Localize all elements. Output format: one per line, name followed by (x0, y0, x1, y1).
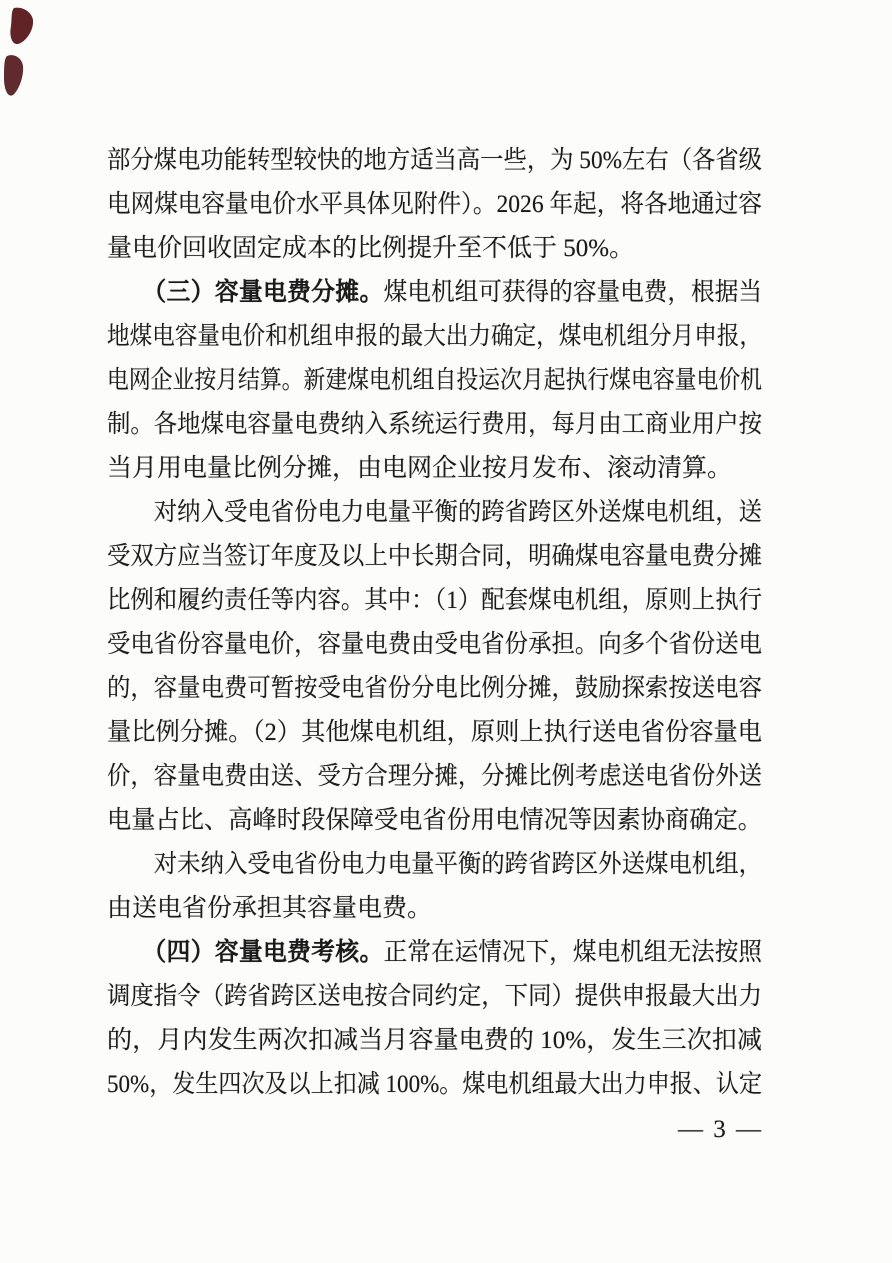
text-line: 当月用电量比例分摊，由电网企业按月发布、滚动清算。 (107, 447, 762, 491)
text-line: 的，容量电费可暂按受电省份分电比例分摊，鼓励探索按送电容 (107, 667, 762, 711)
document-body: 部分煤电功能转型较快的地方适当高一些，为 50%左右（各省级电网煤电容量电价水平… (107, 139, 762, 1107)
text-line: 由送电省份承担其容量电费。 (107, 887, 762, 931)
text-line: 价，容量电费由送、受方合理分摊，分摊比例考虑送电省份外送 (107, 755, 762, 799)
text-line: 量比例分摊。（2）其他煤电机组，原则上执行送电省份容量电 (107, 711, 762, 755)
text-line: 的，月内发生两次扣减当月容量电费的 10%，发生三次扣减 (107, 1019, 762, 1063)
text-line: 50%，发生四次及以上扣减 100%。煤电机组最大出力申报、认定 (107, 1063, 762, 1107)
text-line: 调度指令（跨省跨区送电按合同约定，下同）提供申报最大出力 (107, 975, 762, 1019)
page-number: — 3 — (107, 1108, 763, 1152)
document-page: 部分煤电功能转型较快的地方适当高一些，为 50%左右（各省级电网煤电容量电价水平… (0, 0, 892, 1263)
text-line: 地煤电容量电价和机组申报的最大出力确定，煤电机组分月申报， (107, 315, 762, 359)
text-line: 电量占比、高峰时段保障受电省份用电情况等因素协商确定。 (107, 799, 762, 843)
text-line: 部分煤电功能转型较快的地方适当高一些，为 50%左右（各省级 (107, 139, 762, 183)
text-line: 受电省份容量电价，容量电费由受电省份承担。向多个省份送电 (107, 623, 762, 667)
text-line: 电网企业按月结算。新建煤电机组自投运次月起执行煤电容量电价机 (107, 359, 762, 403)
text-line: 电网煤电容量电价水平具体见附件）。2026 年起，将各地通过容 (107, 183, 762, 227)
text-line: 量电价回收固定成本的比例提升至不低于 50%。 (107, 227, 762, 271)
text-line: 制。各地煤电容量电费纳入系统运行费用，每月由工商业用户按 (107, 403, 762, 447)
text-line: 对未纳入受电省份电力电量平衡的跨省跨区外送煤电机组， (107, 843, 762, 887)
text-line: 对纳入受电省份电力电量平衡的跨省跨区外送煤电机组，送 (107, 491, 762, 535)
text-line: （四）容量电费考核。正常在运情况下，煤电机组无法按照 (107, 931, 762, 975)
text-line: （三）容量电费分摊。煤电机组可获得的容量电费，根据当 (107, 271, 762, 315)
corner-ink-mark (0, 0, 70, 120)
text-line: 比例和履约责任等内容。其中：（1）配套煤电机组，原则上执行 (107, 579, 762, 623)
text-line: 受双方应当签订年度及以上中长期合同，明确煤电容量电费分摊 (107, 535, 762, 579)
